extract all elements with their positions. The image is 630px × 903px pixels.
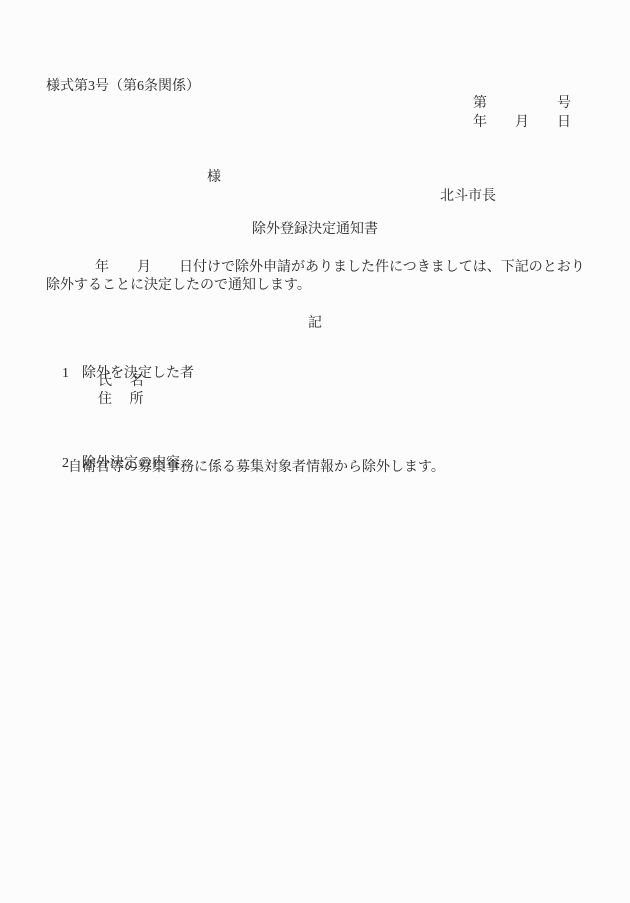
document-number-line: 第 号	[473, 97, 571, 111]
record-marker: 記	[0, 317, 630, 331]
body-paragraph-line-2: 除外することに決定したので通知します。	[46, 279, 311, 293]
document-page: 様式第3号（第6条関係） 第 号 年 月 日 様 北斗市長 除外登録決定通知書 …	[0, 0, 630, 903]
sender-name: 北斗市長	[440, 190, 496, 204]
address-field-label: 住 所	[98, 393, 144, 407]
name-field-label: 氏 名	[98, 375, 144, 389]
addressee-honorific: 様	[207, 171, 221, 185]
document-title: 除外登録決定通知書	[0, 223, 630, 237]
body-paragraph-line-1: 年 月 日付けで除外申請がありました件につきましては、下記のとおり	[95, 261, 585, 275]
form-number: 様式第3号（第6条関係）	[46, 80, 200, 94]
item-1-number: 1	[62, 366, 69, 381]
date-line: 年 月 日	[473, 116, 571, 130]
item-2-content: 自衛官等の募集事務に係る募集対象者情報から除外します。	[68, 461, 445, 475]
